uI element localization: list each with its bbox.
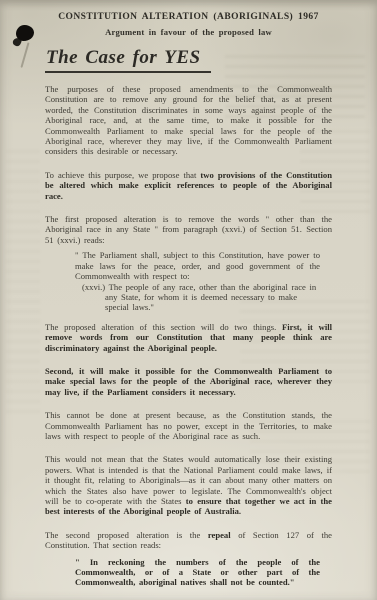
- quote-section51-xxvi: (xxvi.) The people of any race, other th…: [82, 282, 320, 313]
- paragraph-states-powers: This would not mean that the States woul…: [45, 454, 332, 516]
- document-body: The purposes of these proposed amendment…: [45, 84, 332, 588]
- paragraph-second-alteration: The second proposed alteration is the re…: [45, 530, 332, 551]
- paragraph-two-things-first: The proposed alteration of this section …: [45, 322, 332, 353]
- show-through-ghosting: [6, 150, 40, 420]
- quote-section127: " In reckoning the numbers of the people…: [75, 557, 320, 588]
- document-subtitle: Argument in favour of the proposed law: [45, 27, 332, 37]
- paragraph-purposes: The purposes of these proposed amendment…: [45, 84, 332, 157]
- paragraph-purpose-proposal: To achieve this purpose, we propose that…: [45, 170, 332, 201]
- section-heading-text: The Case for YES: [45, 47, 211, 73]
- quote-section51: " The Parliament shall, subject to this …: [75, 250, 320, 281]
- paragraph-cannot-be-done: This cannot be done at present because, …: [45, 410, 332, 441]
- page-header: CONSTITUTION ALTERATION (ABORIGINALS) 19…: [45, 12, 332, 37]
- page-content: CONSTITUTION ALTERATION (ABORIGINALS) 19…: [45, 12, 332, 600]
- section-heading: The Case for YES: [45, 47, 332, 73]
- scratch-mark: [20, 42, 29, 67]
- paragraph-second-effect: Second, it will make it possible for the…: [45, 366, 332, 397]
- ink-blot: [16, 25, 34, 41]
- document-title: CONSTITUTION ALTERATION (ABORIGINALS) 19…: [45, 12, 332, 23]
- document-page: CONSTITUTION ALTERATION (ABORIGINALS) 19…: [0, 0, 377, 600]
- paragraph-first-alteration: The first proposed alteration is to remo…: [45, 214, 332, 245]
